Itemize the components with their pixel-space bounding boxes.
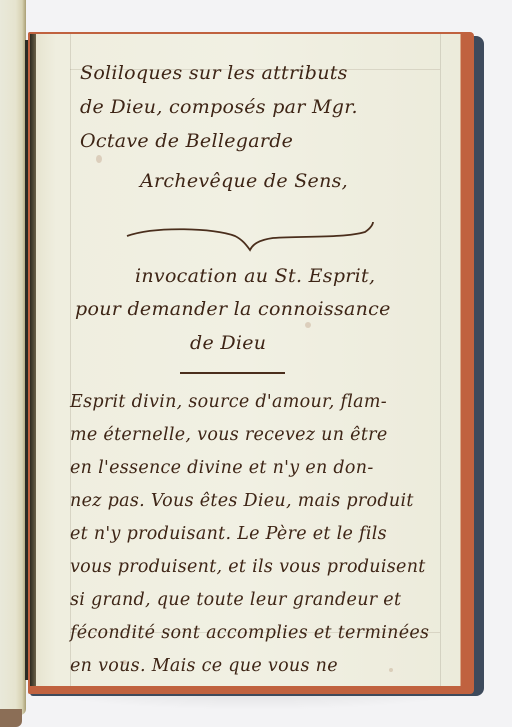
foxing-spot (389, 668, 393, 672)
body-line-5: et n'y produisant. Le Père et le fils (70, 524, 387, 544)
book-gutter (30, 34, 36, 686)
body-line-3: en l'essence divine et n'y en don- (70, 458, 374, 478)
front-cover-corner (0, 709, 22, 727)
title-line-2: de Dieu, composés par Mgr. (80, 96, 358, 118)
title-line-1: Soliloques sur les attributs (80, 62, 348, 84)
body-line-4: nez pas. Vous êtes Dieu, mais produit (70, 491, 414, 511)
heading-line-3: de Dieu (190, 332, 266, 354)
body-line-6: vous produisent, et ils vous produisent (70, 557, 426, 577)
foxing-spot (305, 322, 311, 328)
heading-underline (180, 372, 285, 374)
heading-line-2: pour demander la connoissance (75, 298, 391, 320)
margin-rule-right (440, 34, 441, 686)
body-line-1: Esprit divin, source d'amour, flam- (70, 392, 387, 412)
facing-page-edge (0, 0, 26, 715)
ornamental-divider (125, 222, 375, 252)
foxing-spot (96, 155, 102, 163)
body-line-7: si grand, que toute leur grandeur et (70, 590, 401, 610)
heading-line-1: invocation au St. Esprit, (135, 265, 375, 287)
body-line-8: fécondité sont accomplies et terminées (70, 623, 429, 643)
margin-rule-left (70, 34, 71, 686)
body-line-9: en vous. Mais ce que vous ne (70, 656, 338, 676)
body-line-2: me éternelle, vous recevez un être (70, 425, 387, 445)
title-line-4: Archevêque de Sens, (140, 170, 348, 192)
title-line-3: Octave de Bellegarde (80, 130, 293, 152)
